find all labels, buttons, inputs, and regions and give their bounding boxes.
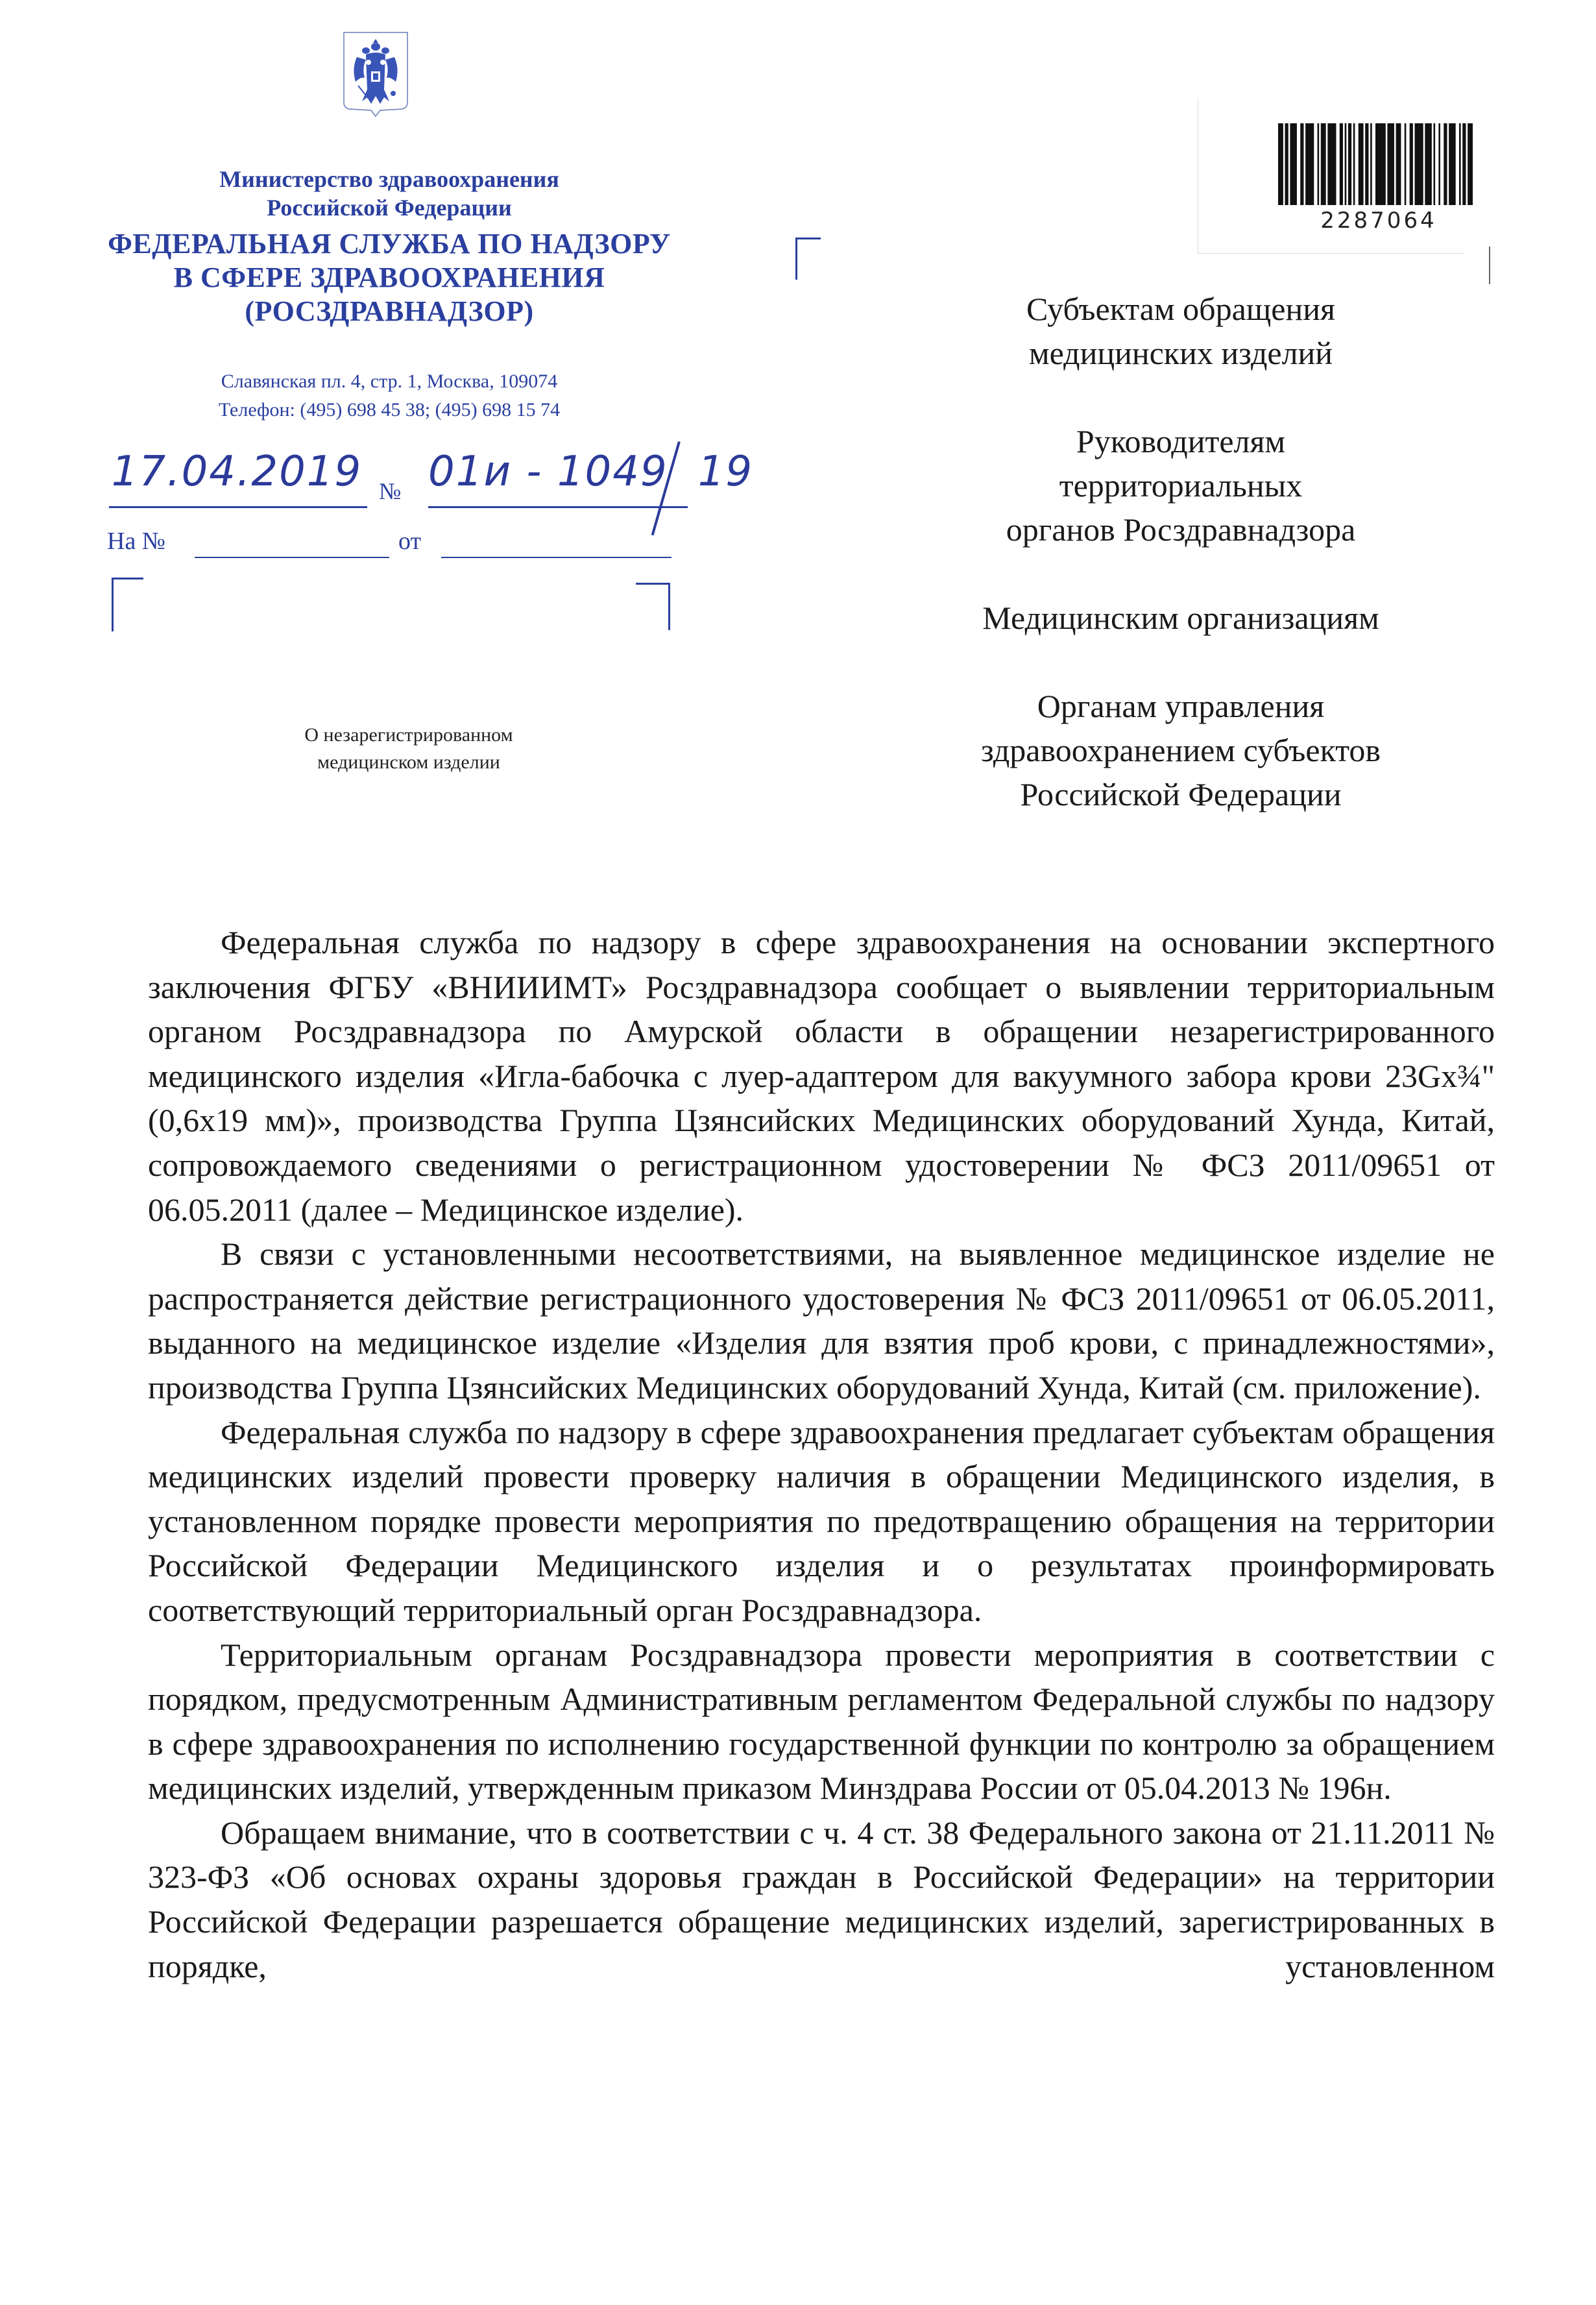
addressee-list: Субъектам обращения медицинских изделий …	[908, 287, 1453, 816]
addressee-line: здравоохранением субъектов	[908, 728, 1453, 772]
addressee-corner-bracket	[795, 238, 821, 280]
addressee-item: Субъектам обращения медицинских изделий	[908, 287, 1453, 375]
ministry-line-2: Российской Федерации	[97, 193, 681, 222]
subject-line-1: О незарегистрированном	[247, 722, 571, 749]
addressee-line: Органам управления	[908, 684, 1453, 728]
service-name: ФЕДЕРАЛЬНАЯ СЛУЖБА ПО НАДЗОРУ В СФЕРЕ ЗД…	[97, 227, 681, 328]
reply-from-field	[441, 557, 671, 558]
ministry-name: Министерство здравоохранения Российской …	[97, 165, 681, 222]
addressee-item: Руководителям территориальных органов Ро…	[908, 419, 1453, 552]
service-line-3: (РОСЗДРАВНАДЗОР)	[97, 295, 681, 328]
barcode-number: 2287064	[1272, 208, 1486, 234]
body-paragraph: Федеральная служба по надзору в сфере зд…	[148, 1410, 1495, 1633]
address-line: Славянская пл. 4, стр. 1, Москва, 109074	[97, 367, 681, 396]
org-address: Славянская пл. 4, стр. 1, Москва, 109074…	[97, 367, 681, 424]
service-line-1: ФЕДЕРАЛЬНАЯ СЛУЖБА ПО НАДЗОРУ	[97, 227, 681, 261]
subject-line-2: медицинском изделии	[247, 749, 571, 776]
body-paragraph: Федеральная служба по надзору в сфере зд…	[148, 920, 1495, 1232]
reply-from-label: от	[398, 527, 421, 555]
reply-to-label: На №	[107, 527, 165, 555]
addressee-item: Органам управления здравоохранением субъ…	[908, 684, 1453, 816]
coat-of-arms-icon	[343, 31, 409, 117]
reply-to-field	[195, 557, 389, 558]
registration-number-suffix: 19	[698, 448, 753, 496]
body-paragraph: В связи с установленными несоответствиям…	[148, 1232, 1495, 1409]
addressee-line: органов Росздравнадзора	[908, 507, 1453, 552]
number-underline	[428, 506, 688, 508]
addressee-line: Медицинским организациям	[908, 596, 1453, 640]
letter-subject: О незарегистрированном медицинском издел…	[247, 722, 571, 776]
addressee-line: Субъектам обращения	[908, 287, 1453, 331]
addressee-line: территориальных	[908, 463, 1453, 507]
registration-number: 01и - 104919	[428, 448, 779, 496]
service-line-2: В СФЕРЕ ЗДРАВООХРАНЕНИЯ	[97, 261, 681, 295]
barcode-icon	[1278, 123, 1473, 208]
date-underline	[109, 506, 367, 508]
letter-body: Федеральная служба по надзору в сфере зд…	[148, 920, 1495, 1988]
corner-bracket-left	[112, 578, 143, 631]
addressee-line: Руководителям	[908, 419, 1453, 463]
addressee-item: Медицинским организациям	[908, 596, 1453, 640]
registration-number-main: 01и - 1049	[428, 448, 668, 496]
body-paragraph: Территориальным органам Росздравнадзора …	[148, 1633, 1495, 1811]
registration-date: 17.04.2019	[110, 448, 363, 496]
corner-bracket-right	[636, 583, 670, 630]
addressee-bracket-right	[1489, 247, 1490, 284]
phone-line: Телефон: (495) 698 45 38; (495) 698 15 7…	[97, 396, 681, 424]
addressee-line: медицинских изделий	[908, 331, 1453, 375]
ministry-line-1: Министерство здравоохранения	[97, 165, 681, 193]
number-label: №	[379, 478, 401, 505]
body-paragraph: Обращаем внимание, что в соответствии с …	[148, 1811, 1495, 1988]
addressee-line: Российской Федерации	[908, 772, 1453, 816]
